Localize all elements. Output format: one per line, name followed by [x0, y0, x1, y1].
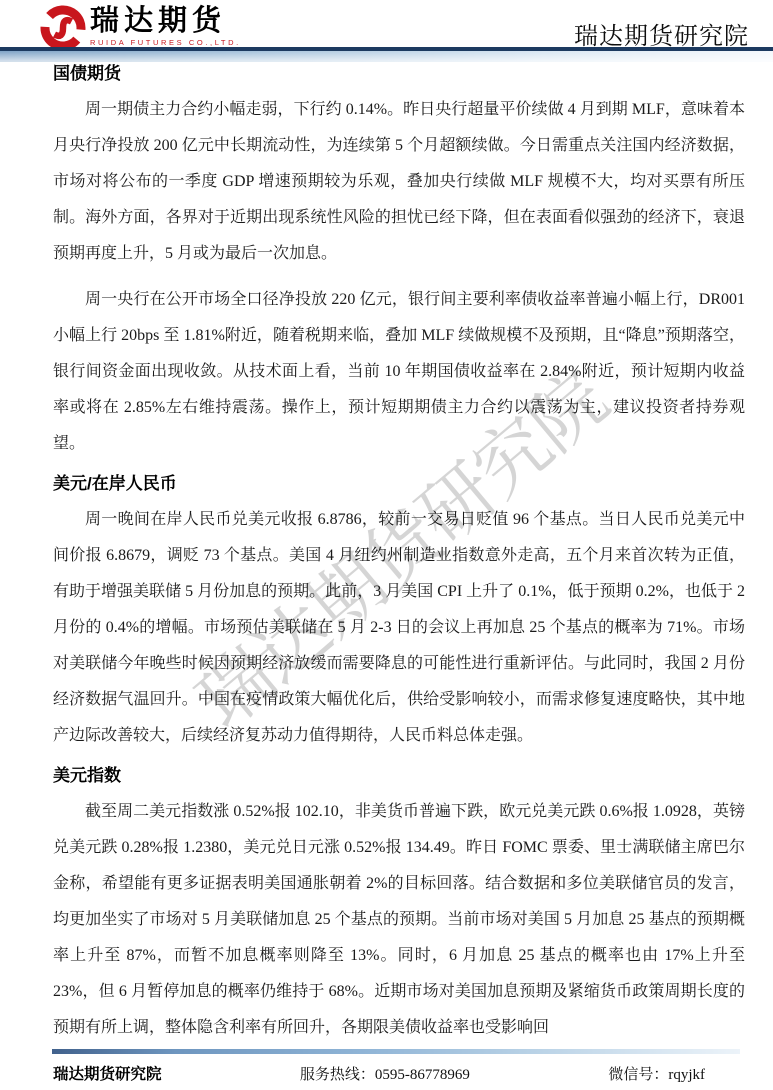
footer-wechat: 微信号：rqyjkf [608, 1063, 705, 1084]
section-heading: 美元指数 [53, 764, 745, 788]
brand-cn: 瑞达期货 [90, 5, 241, 37]
paragraph: 周一晚间在岸人民币兑美元收报 6.8786，较前一交易日贬值 96 个基点。当日… [53, 502, 745, 754]
report-page: 瑞达期货 RUIDA FUTURES CO.,LTD. 瑞达期货研究院 瑞达期货… [0, 0, 773, 1090]
section-treasury-futures: 国债期货 周一期债主力合约小幅走弱，下行约 0.14%。昨日央行超量平价续做 4… [53, 62, 745, 462]
paragraph: 截至周二美元指数涨 0.52%报 102.10，非美货币普遍下跌，欧元兑美元跌 … [53, 794, 745, 1046]
header-institute-title: 瑞达期货研究院 [574, 16, 749, 51]
paragraph: 周一央行在公开市场全口径净投放 220 亿元，银行间主要利率债收益率普遍小幅上行… [53, 282, 745, 462]
paragraph: 周一期债主力合约小幅走弱，下行约 0.14%。昨日央行超量平价续做 4 月到期 … [53, 92, 745, 272]
footer-institute: 瑞达期货研究院 [53, 1062, 162, 1084]
document-body: 国债期货 周一期债主力合约小幅走弱，下行约 0.14%。昨日央行超量平价续做 4… [53, 58, 745, 1056]
section-heading: 美元/在岸人民币 [53, 472, 745, 496]
brand-en: RUIDA FUTURES CO.,LTD. [90, 38, 241, 47]
brand-text: 瑞达期货 RUIDA FUTURES CO.,LTD. [90, 5, 241, 47]
ruida-logo-icon [40, 5, 86, 51]
footer: 瑞达期货研究院 服务热线：0595-86778969 微信号：rqyjkf [53, 1062, 745, 1084]
header: 瑞达期货 RUIDA FUTURES CO.,LTD. 瑞达期货研究院 [0, 0, 773, 47]
ruida-logo: 瑞达期货 RUIDA FUTURES CO.,LTD. [40, 5, 241, 51]
section-usd-index: 美元指数 截至周二美元指数涨 0.52%报 102.10，非美货币普遍下跌，欧元… [53, 764, 745, 1046]
section-usd-cny: 美元/在岸人民币 周一晚间在岸人民币兑美元收报 6.8786，较前一交易日贬值 … [53, 472, 745, 754]
footer-hotline: 服务热线：0595-86778969 [300, 1063, 470, 1084]
section-heading: 国债期货 [53, 62, 745, 86]
